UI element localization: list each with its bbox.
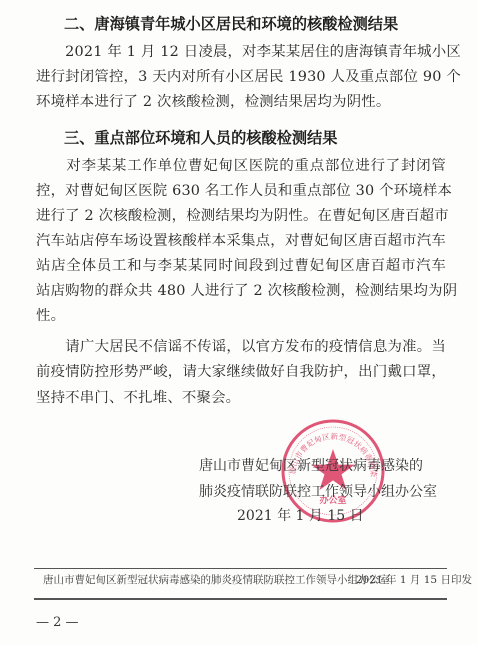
paragraph-line: 请广大居民不信谣不传谣，以官方发布的疫情信息为准。当 <box>36 337 446 357</box>
signature-org-line-2: 肺炎疫情联防联控工作领导小组办公室 <box>199 482 437 502</box>
paragraph-line: 前疫情防控形势严峻，请大家继续做好自我防护，出门戴口罩， <box>36 362 446 382</box>
paragraph-line: 对李某某工作单位曹妃甸区医院的重点部位进行了封闭管 <box>36 156 446 176</box>
section-2-heading: 二、唐海镇青年城小区居民和环境的核酸检测结果 <box>64 14 398 34</box>
paragraph-line: 控，对曹妃甸区医院 630 名工作人员和重点部位 30 个环境样本 <box>36 181 446 201</box>
page-number: — 2 — <box>36 615 79 630</box>
footer-bottom-rule <box>34 598 447 600</box>
paragraph-line: 进行了 2 次核酸检测，检测结果均为阴性。在曹妃甸区唐百超市 <box>36 206 446 226</box>
signature-org-line-1: 唐山市曹妃甸区新型冠状病毒感染的 <box>199 456 423 476</box>
footer-top-rule <box>34 568 447 569</box>
footer-print-date: 2021 年 1 月 15 日印发 <box>356 573 472 587</box>
paragraph-line: 坚持不串门、不扎堆、不聚会。 <box>36 388 446 408</box>
signature-date: 2021 年 1 月 15 日 <box>237 506 364 526</box>
document-page: 二、唐海镇青年城小区居民和环境的核酸检测结果 2021 年 1 月 12 日凌晨… <box>0 0 477 645</box>
paragraph-line: 环境样本进行了 2 次核酸检测，检测结果居均为阴性。 <box>36 92 446 112</box>
paragraph-line: 站店全体员工和与李某某同时间段到过曹妃甸区唐百超市汽车 <box>36 256 446 276</box>
paragraph-line: 性。 <box>36 306 446 326</box>
paragraph-line: 进行封闭管控，3 天内对所有小区居民 1930 人及重点部位 90 个 <box>36 67 446 87</box>
section-3-heading: 三、重点部位环境和人员的核酸检测结果 <box>64 128 337 148</box>
paragraph-line: 汽车站店停车场设置核酸样本采集点，对曹妃甸区唐百超市汽车 <box>36 231 446 251</box>
paragraph-line: 2021 年 1 月 12 日凌晨，对李某某居住的唐海镇青年城小区 <box>36 42 446 62</box>
paragraph-line: 站店购物的群众共 480 人进行了 2 次核酸检测，检测结果均为阴 <box>36 281 446 301</box>
footer-issuer: 唐山市曹妃甸区新型冠状病毒感染的肺炎疫情联防联控工作领导小组办公室 <box>43 573 390 587</box>
